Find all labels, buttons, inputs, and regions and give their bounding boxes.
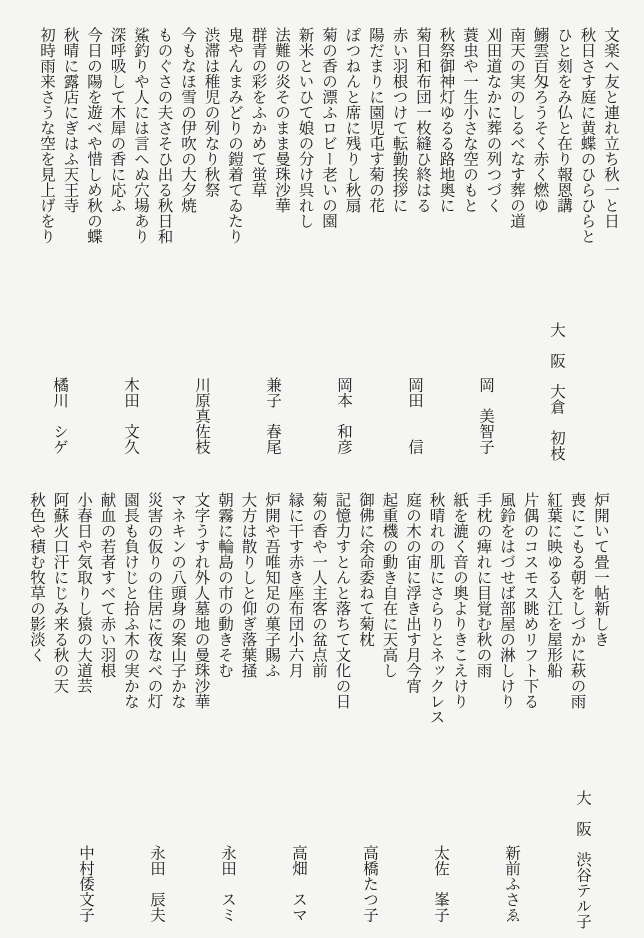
author-name: 木田 文久 (122, 377, 139, 455)
author-column: 木田 文久 (95, 322, 166, 472)
author-column: 高橋たつ子 (334, 790, 405, 938)
author-column: 大 阪大倉 初枝 (521, 322, 592, 472)
region-label: 大 阪 (548, 322, 565, 369)
author-name: 太佐 峯子 (432, 845, 449, 923)
haiku-line: 南天の実のしるべなす葬の道 (505, 27, 529, 277)
author-name: 新前ふさゑ (503, 845, 520, 923)
haiku-line: 秋祭御神灯ゆるる路地奥に (434, 27, 458, 277)
haiku-line: 文字うすれ外人墓地の曼珠沙華 (189, 492, 213, 742)
haiku-line: 菊日和布団一枚縫ひ終はる (411, 27, 435, 277)
haiku-group-top: 文楽へ友と連れ立ち秋一と日 秋日さす庭に黄蝶のひらひらと ひと刻をみ仏と在り報恩… (35, 27, 623, 277)
author-column: 兼子 春尾 (237, 322, 308, 472)
author-name: 永田 スミ (219, 845, 236, 923)
haiku-line: 群青の彩をふかめて蛍草 (246, 27, 270, 277)
haiku-line: 鰯雲百匁ろうそく赤く燃ゆ (528, 27, 552, 277)
author-column: 岡本 和彦 (308, 322, 379, 472)
author-column: 岡田 信 (379, 322, 450, 472)
haiku-line: 秋晴に露店にぎはふ天王寺 (58, 27, 82, 277)
haiku-line: 片偶のコスモス眺めリフト下る (518, 492, 542, 742)
haiku-line: 起重機の動き自在に天高し (377, 492, 401, 742)
author-column: 永田 辰夫 (121, 790, 192, 938)
haiku-line: 菊の香の漂ふロビー老いの園 (317, 27, 341, 277)
haiku-line: 今もなほ雪の伊吹の大夕焼 (176, 27, 200, 277)
author-name: 岡本 和彦 (335, 377, 352, 455)
haiku-line: 喪にこもる朝をしづかに萩の雨 (565, 492, 589, 742)
haiku-line: 災害の仮りの住居に夜なべの灯 (142, 492, 166, 742)
author-group-bottom: 大 阪渋谷テル子 新前ふさゑ 太佐 峯子 高橋たつ子 高畑 スマ 永田 スミ 永… (50, 790, 618, 938)
haiku-line: 園長も負けじと拾ふ木の実かな (119, 492, 143, 742)
author-name: 川原真佐枝 (193, 377, 210, 455)
author-name: 高畑 スマ (290, 845, 307, 923)
haiku-line: 紙を漉く音の奥よりきこえけり (448, 492, 472, 742)
author-column: 橘川 シゲ (24, 322, 95, 472)
haiku-line: 秋色や積む牧草の影淡く (25, 492, 49, 742)
author-name: 大倉 初枝 (548, 384, 565, 462)
author-column: 中村倭文子 (50, 790, 121, 938)
haiku-line: ひと刻をみ仏と在り報恩講 (552, 27, 576, 277)
haiku-line: 初時雨来さうな空を見上げをり (35, 27, 59, 277)
haiku-line: 秋日さす庭に黄蝶のひらひらと (575, 27, 599, 277)
haiku-line: 風鈴をはづせば部屋の淋しけり (495, 492, 519, 742)
haiku-line: 文楽へ友と連れ立ち秋一と日 (599, 27, 623, 277)
haiku-line: 朝霧に輪島の市の動きそむ (213, 492, 237, 742)
author-name: 渋谷テル子 (574, 852, 591, 930)
author-column: 高畑 スマ (263, 790, 334, 938)
haiku-line: 献血の若者すべて赤い羽根 (95, 492, 119, 742)
author-name: 岡田 信 (406, 377, 423, 455)
region-label: 大 阪 (574, 790, 591, 837)
author-name: 兼子 春尾 (264, 377, 281, 455)
haiku-line: 法難の炎そのまま曼珠沙華 (270, 27, 294, 277)
haiku-line: 鬼やんまみどりの鎧着てゐたり (223, 27, 247, 277)
haiku-line: 紅葉に映ゆる入江を屋形船 (542, 492, 566, 742)
haiku-line: 新米といひて娘の分け呉れし (293, 27, 317, 277)
author-column: 太佐 峯子 (405, 790, 476, 938)
author-column: 永田 スミ (192, 790, 263, 938)
author-column: 川原真佐枝 (166, 322, 237, 472)
author-column: 新前ふさゑ (476, 790, 547, 938)
haiku-line: 秋晴れの肌にさらりとネックレス (424, 492, 448, 742)
haiku-line: 炉開いて畳一帖新しき (589, 492, 613, 742)
author-name: 高橋たつ子 (361, 845, 378, 923)
haiku-line: 手枕の痺れに目覚む秋の雨 (471, 492, 495, 742)
haiku-line: 鯊釣りや人には言へぬ穴場あり (129, 27, 153, 277)
haiku-line: 縁に干す赤き座布団小六月 (283, 492, 307, 742)
haiku-line: 赤い羽根つけて転勤挨拶に (387, 27, 411, 277)
haiku-line: 庭の木の宙に浮き出す月今宵 (401, 492, 425, 742)
author-name: 永田 辰夫 (148, 845, 165, 923)
haiku-line: 菊の香や一人主客の盆点前 (307, 492, 331, 742)
author-group-top: 大 阪大倉 初枝 岡 美智子 岡田 信 岡本 和彦 兼子 春尾 川原真佐枝 木田… (24, 322, 592, 472)
haiku-line: 大方は散りしと仰ぎ落葉掻 (236, 492, 260, 742)
haiku-line: 陽だまりに園児屯す菊の花 (364, 27, 388, 277)
haiku-line: 小春日や気取りし猿の大道芸 (72, 492, 96, 742)
author-column: 岡 美智子 (450, 322, 521, 472)
author-name: 中村倭文子 (77, 845, 94, 923)
haiku-line: 渋滞は稚児の列なり秋祭 (199, 27, 223, 277)
haiku-line: 炉開や吾唯知足の菓子賜ふ (260, 492, 284, 742)
haiku-line: 深呼吸して木犀の香に応ふ (105, 27, 129, 277)
haiku-line: 刈田道なかに葬の列つづく (481, 27, 505, 277)
haiku-line: 蓑虫や一生小さな空のもと (458, 27, 482, 277)
haiku-line: ぽつねんと席に残りし秋扇 (340, 27, 364, 277)
haiku-line: 御佛に余命委ねて菊枕 (354, 492, 378, 742)
haiku-line: ものぐさの夫さそひ出る秋日和 (152, 27, 176, 277)
author-name: 橘川 シゲ (51, 377, 68, 455)
haiku-line: 記憶力すとんと落ちて文化の日 (330, 492, 354, 742)
author-name: 岡 美智子 (477, 377, 494, 455)
haiku-line: 今日の陽を遊べや惜しめ秋の蝶 (82, 27, 106, 277)
haiku-line: マネキンの八頭身の案山子かな (166, 492, 190, 742)
author-column: 大 阪渋谷テル子 (547, 790, 618, 938)
haiku-line: 阿蘇火口汗にじみ来る秋の天 (48, 492, 72, 742)
haiku-group-bottom: 炉開いて畳一帖新しき 喪にこもる朝をしづかに萩の雨 紅葉に映ゆる入江を屋形船 片… (25, 492, 613, 742)
